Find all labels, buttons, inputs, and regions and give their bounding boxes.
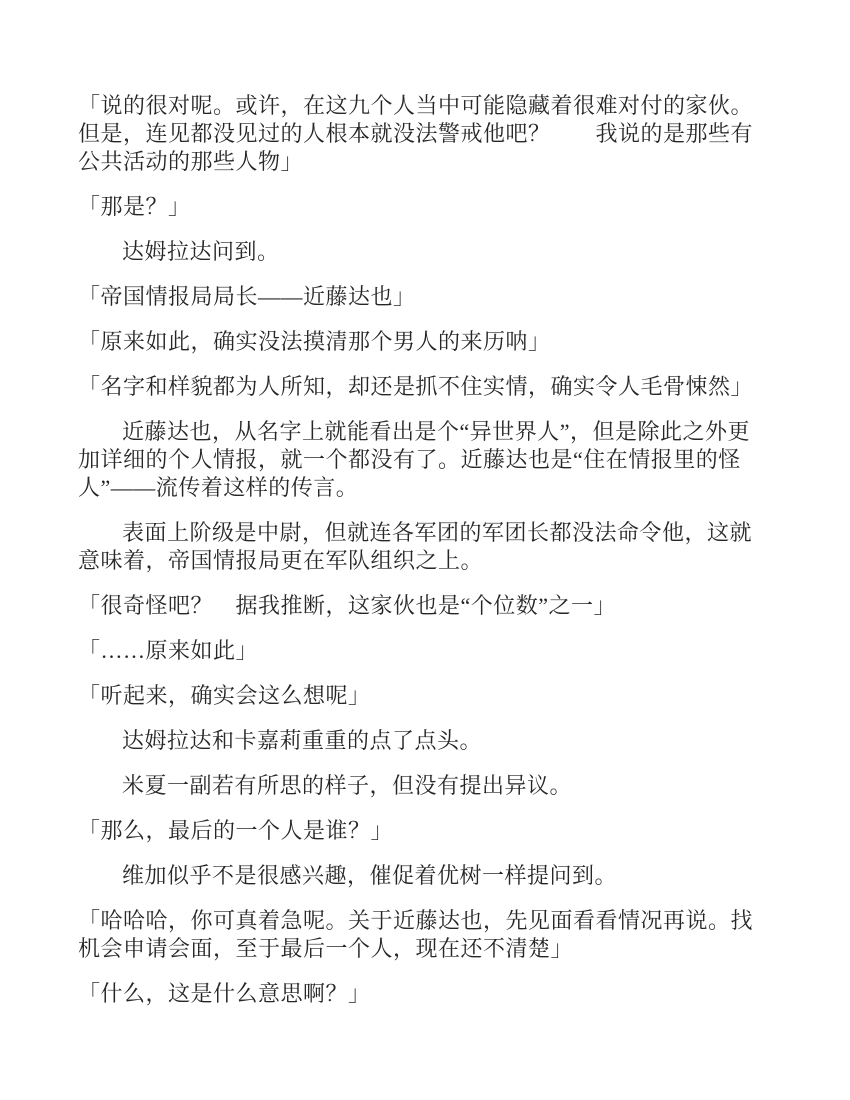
paragraph-dialogue: 「原来如此，确实没法摸清那个男人的来历呐」: [78, 328, 772, 356]
novel-page: 「说的很对呢。或许，在这九个人当中可能隐藏着很难对付的家伙。但是，连见都没见过的…: [0, 0, 850, 1100]
paragraph-dialogue: 「帝国情报局局长——近藤达也」: [78, 283, 772, 311]
paragraph-narration: 表面上阶级是中尉，但就连各军团的军团长都没法命令他，这就意味着，帝国情报局更在军…: [78, 519, 772, 575]
paragraph-dialogue: 「说的很对呢。或许，在这九个人当中可能隐藏着很难对付的家伙。但是，连见都没见过的…: [78, 92, 772, 176]
paragraph-dialogue: 「……原来如此」: [78, 637, 772, 665]
paragraph-narration: 近藤达也，从名字上就能看出是个“异世界人”，但是除此之外更加详细的个人情报，就一…: [78, 418, 772, 502]
paragraph-narration: 达姆拉达和卡嘉莉重重的点了点头。: [78, 727, 772, 755]
text-content: 「说的很对呢。或许，在这九个人当中可能隐藏着很难对付的家伙。但是，连见都没见过的…: [78, 92, 772, 1008]
paragraph-narration: 维加似乎不是很感兴趣，催促着优树一样提问到。: [78, 862, 772, 890]
paragraph-narration: 达姆拉达问到。: [78, 238, 772, 266]
paragraph-narration: 米夏一副若有所思的样子，但没有提出异议。: [78, 772, 772, 800]
paragraph-dialogue: 「什么，这是什么意思啊？」: [78, 980, 772, 1008]
paragraph-dialogue: 「哈哈哈，你可真着急呢。关于近藤达也，先见面看看情况再说。找机会申请会面，至于最…: [78, 907, 772, 963]
paragraph-dialogue: 「那是？」: [78, 193, 772, 221]
paragraph-dialogue: 「那么，最后的一个人是谁？」: [78, 817, 772, 845]
paragraph-dialogue: 「名字和样貌都为人所知，却还是抓不住实情，确实令人毛骨悚然」: [78, 373, 772, 401]
paragraph-dialogue: 「很奇怪吧？ 据我推断，这家伙也是“个位数”之一」: [78, 592, 772, 620]
paragraph-dialogue: 「听起来，确实会这么想呢」: [78, 682, 772, 710]
